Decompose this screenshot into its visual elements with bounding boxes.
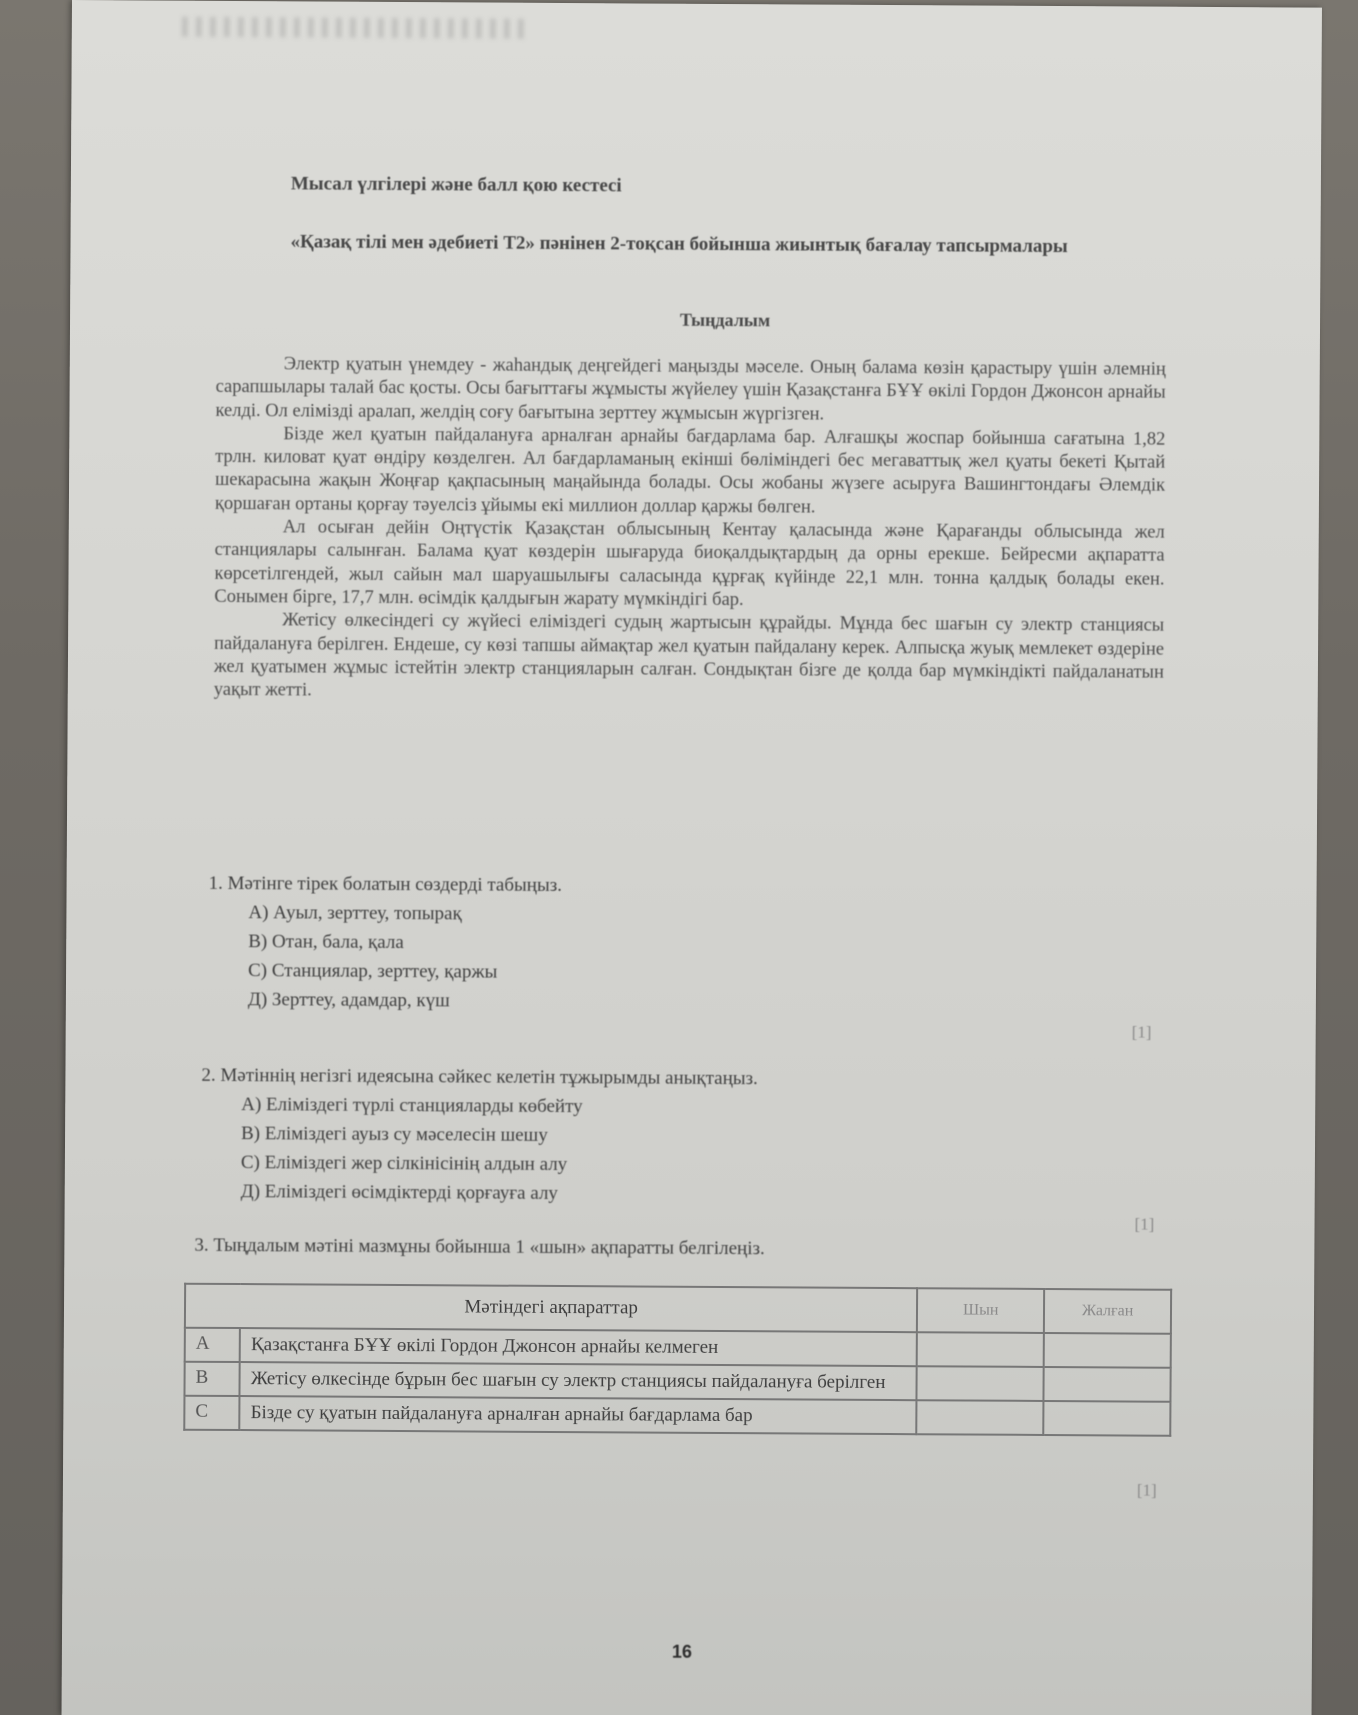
listening-passage: Электр қуатын үнемдеу - жаһандық деңгейд…: [214, 353, 1166, 708]
passage-paragraph: Электр қуатын үнемдеу - жаһандық деңгейд…: [215, 353, 1165, 429]
column-header-true: Шын: [917, 1288, 1044, 1333]
answer-option: В) Отан, бала, қала: [208, 927, 562, 958]
row-letter: А: [185, 1328, 240, 1362]
row-statement: Қазақстанға БҰҰ өкілі Гордон Джонсон арн…: [240, 1328, 917, 1366]
true-false-table: Мәтіндегі ақпараттар Шын Жалған А Қазақс…: [183, 1283, 1172, 1437]
question-1: 1. Мәтінге тірек болатын сөздерді табыңы…: [208, 869, 562, 1016]
score-mark: [1]: [1137, 1481, 1157, 1501]
page-number: 16: [672, 1642, 692, 1663]
passage-paragraph: Ал осыған дейін Оңтүстік Қазақстан облыс…: [214, 516, 1165, 615]
question-stem: 3. Тыңдалым мәтіні мазмұны бойынша 1 «шы…: [194, 1231, 765, 1263]
exam-sheet: Мысал үлгілері және балл қою кестесі «Қа…: [62, 0, 1322, 1715]
answer-option: А) Ауыл, зерттеу, топырақ: [208, 898, 562, 929]
answer-option: Д) Зерттеу, адамдар, күш: [208, 985, 562, 1016]
row-statement: Бізде су қуатын пайдалануға арналған арн…: [239, 1396, 916, 1434]
passage-paragraph: Жетісу өлкесіндегі су жүйесі еліміздегі …: [214, 609, 1165, 708]
row-statement: Жетісу өлкесінде бұрын бес шағын су элек…: [240, 1362, 917, 1400]
question-3: 3. Тыңдалым мәтіні мазмұны бойынша 1 «шы…: [194, 1231, 765, 1263]
false-answer-cell[interactable]: [1044, 1333, 1171, 1368]
score-mark: [1]: [1134, 1215, 1154, 1235]
question-2: 2. Мәтіннің негізгі идеясына сәйкес келе…: [201, 1061, 758, 1209]
row-letter: С: [184, 1396, 239, 1430]
column-header-false: Жалған: [1044, 1289, 1171, 1334]
row-letter: В: [184, 1362, 239, 1396]
answer-option: В) Еліміздегі ауыз су мәселесін шешу: [201, 1119, 758, 1151]
answer-option: С) Еліміздегі жер сілкінісінің алдын алу: [201, 1148, 758, 1180]
question-stem: 1. Мәтінге тірек болатын сөздерді табыңы…: [209, 869, 563, 900]
question-stem: 2. Мәтіннің негізгі идеясына сәйкес келе…: [201, 1061, 758, 1093]
document-title: «Қазақ тілі мен әдебиеті Т2» пәнінен 2-т…: [290, 229, 1150, 260]
section-title: Тыңдалым: [70, 306, 1320, 335]
true-answer-cell[interactable]: [917, 1366, 1044, 1401]
score-mark: [1]: [1132, 1022, 1152, 1042]
passage-paragraph: Бізде жел қуатын пайдалануға арналған ар…: [215, 423, 1166, 522]
answer-option: С) Станциялар, зерттеу, қаржы: [208, 956, 562, 987]
false-answer-cell[interactable]: [1043, 1401, 1170, 1436]
true-answer-cell[interactable]: [917, 1400, 1044, 1435]
column-header-information: Мәтіндегі ақпараттар: [185, 1284, 918, 1332]
answer-option: А) Еліміздегі түрлі станцияларды көбейту: [201, 1090, 758, 1122]
answer-option: Д) Еліміздегі өсімдіктерді қорғауға алу: [201, 1177, 758, 1209]
table-header-row: Мәтіндегі ақпараттар Шын Жалған: [185, 1284, 1171, 1334]
table-row: С Бізде су қуатын пайдалануға арналған а…: [184, 1396, 1170, 1436]
false-answer-cell[interactable]: [1044, 1367, 1171, 1402]
page-content: Мысал үлгілері және балл қою кестесі «Қа…: [62, 0, 1322, 1715]
true-answer-cell[interactable]: [917, 1332, 1044, 1367]
document-subtitle: Мысал үлгілері және балл қою кестесі: [291, 173, 622, 197]
